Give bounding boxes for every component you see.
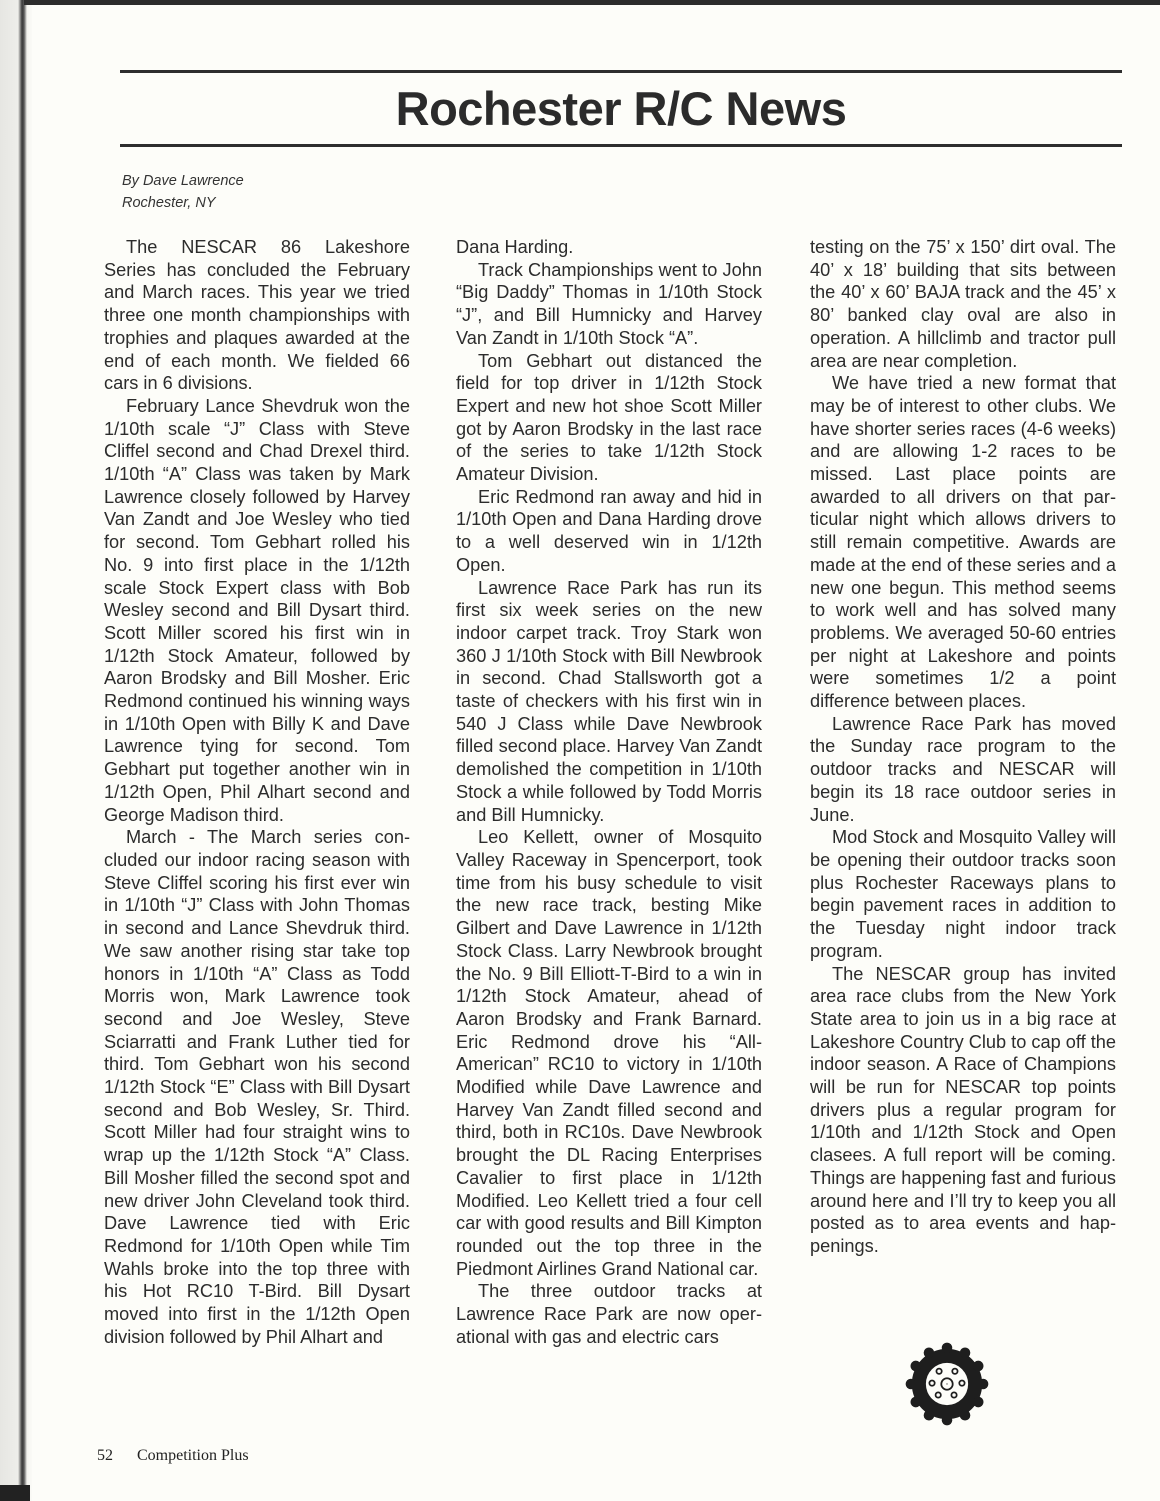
paragraph: The three outdoor tracks at Lawrence Rac…	[456, 1280, 762, 1348]
title-rule-top	[120, 70, 1122, 73]
article-title: Rochester R/C News	[120, 76, 1122, 142]
paragraph: Track Championships went to John “Big Da…	[456, 259, 762, 350]
paragraph: Eric Redmond ran away and hid in 1/10th …	[456, 486, 762, 577]
paragraph: March - The March series con­cluded our …	[104, 826, 410, 1348]
paragraph: The NESCAR 86 Lakeshore Series has concl…	[104, 236, 410, 395]
article-column-3: testing on the 75’ x 150’ dirt oval. The…	[810, 236, 1116, 1258]
publication-name: Competition Plus	[137, 1447, 249, 1464]
paragraph-continued: Dana Harding.	[456, 236, 762, 259]
paragraph: February Lance Shevdruk won the 1/10th s…	[104, 395, 410, 826]
paragraph: Tom Gebhart out distanced the field for …	[456, 350, 762, 486]
byline-location: Rochester, NY	[122, 192, 244, 214]
title-rule-bottom	[120, 144, 1122, 147]
paragraph: Leo Kellett, owner of Mosquito Valley Ra…	[456, 826, 762, 1280]
article-column-1: The NESCAR 86 Lakeshore Series has concl…	[104, 236, 410, 1348]
paragraph: Lawrence Race Park has moved the Sunday …	[810, 713, 1116, 827]
tire-wheel-icon	[903, 1340, 991, 1428]
paragraph: We have tried a new format that may be o…	[810, 372, 1116, 713]
paragraph-continued: testing on the 75’ x 150’ dirt oval. The…	[810, 236, 1116, 372]
byline: By Dave Lawrence Rochester, NY	[122, 170, 244, 214]
article-column-2: Dana Harding. Track Championships went t…	[456, 236, 762, 1348]
scan-bottom-corner	[0, 1485, 30, 1501]
paragraph: Lawrence Race Park has run its first six…	[456, 577, 762, 827]
paragraph: The NESCAR group has invited area race c…	[810, 963, 1116, 1258]
scan-binding-edge	[0, 0, 32, 1501]
page-number: 52	[97, 1447, 113, 1464]
byline-author: By Dave Lawrence	[122, 170, 244, 192]
page-footer: 52 Competition Plus	[97, 1447, 249, 1465]
paragraph: Mod Stock and Mosquito Valley will be op…	[810, 826, 1116, 962]
scan-top-edge	[24, 0, 1160, 5]
